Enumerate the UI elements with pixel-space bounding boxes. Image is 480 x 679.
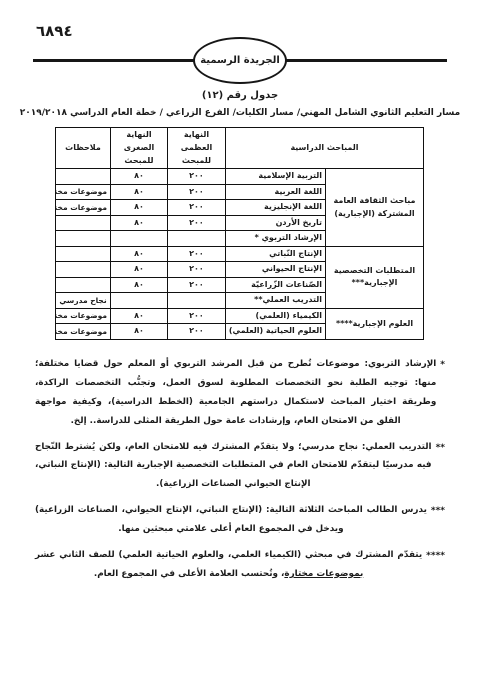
- min-cell: [110, 231, 167, 247]
- subject-cell: التربية الإسلامية: [225, 169, 325, 185]
- table-number-caption: جدول رقم (١٢): [0, 90, 480, 101]
- subject-cell: تاريخ الأردن: [225, 215, 325, 231]
- table-body: مباحث الثقافة العامة المشتركة (الإجبارية…: [55, 169, 423, 340]
- min-cell: ٨٠: [110, 169, 167, 185]
- subject-cell: الإنتاج الحيواني: [225, 262, 325, 278]
- study-plan-subtitle: مسار التعليم الثانوي الشامل المهني/ مسار…: [0, 108, 480, 118]
- min-cell: ٨٠: [110, 262, 167, 278]
- footnote: **التدريب العملي: نجاح مدرسي؛ ولا يتقدّم…: [35, 438, 445, 495]
- header-max-score: النهاية العظمى للمبحث: [167, 128, 225, 169]
- footnote-text: التدريب العملي: نجاح مدرسي؛ ولا يتقدّم ا…: [35, 438, 432, 495]
- min-cell: ٨٠: [110, 215, 167, 231]
- footnote-underlined-phrase: بموضوعات مختارة: [284, 569, 363, 579]
- min-cell: ٨٠: [110, 324, 167, 340]
- footnote-marker: **: [436, 438, 445, 495]
- subject-group-cell: مباحث الثقافة العامة المشتركة (الإجبارية…: [326, 169, 424, 247]
- max-cell: ٢٠٠: [167, 246, 225, 262]
- subject-cell: الكيمياء (العلمي): [225, 308, 325, 324]
- footnote-marker: ****: [426, 546, 445, 584]
- header-min-score: النهاية الصغرى للمبحث: [110, 128, 167, 169]
- subject-cell: الصّناعات الزّراعيّة: [225, 277, 325, 293]
- subject-cell: اللغة العربية: [225, 184, 325, 200]
- footnotes-section: *الإرشاد التربوي: موضوعات تُطرح من قبل ا…: [35, 355, 445, 584]
- notes-cell: [55, 169, 110, 185]
- min-cell: [110, 293, 167, 309]
- max-cell: ٢٠٠: [167, 262, 225, 278]
- max-cell: ٢٠٠: [167, 215, 225, 231]
- min-cell: ٨٠: [110, 277, 167, 293]
- footnote: ***يدرس الطالب المباحث الثلاثة التالية: …: [35, 501, 445, 539]
- gazette-title-seal: الجريدة الرسمية: [193, 37, 287, 84]
- subject-group-cell: العلوم الإجبارية****: [326, 308, 424, 339]
- min-cell: ٨٠: [110, 308, 167, 324]
- max-cell: ٢٠٠: [167, 200, 225, 216]
- subject-cell: الإرشاد التربوي *: [225, 231, 325, 247]
- max-cell: ٢٠٠: [167, 184, 225, 200]
- footnote-phrase: ، وتُحتسب العلامة الأعلى في المجموع العا…: [94, 569, 285, 579]
- min-cell: ٨٠: [110, 184, 167, 200]
- max-cell: ٢٠٠: [167, 277, 225, 293]
- table-header-row: المباحث الدراسية النهاية العظمى للمبحث ا…: [55, 128, 423, 169]
- header-notes: ملاحظات: [55, 128, 110, 169]
- min-cell: ٨٠: [110, 246, 167, 262]
- subject-cell: اللغة الإنجليزية: [225, 200, 325, 216]
- footnote-phrase: يتقدّم المشترك في مبحثي (الكيمياء العلمي…: [35, 550, 422, 560]
- footnote: *الإرشاد التربوي: موضوعات تُطرح من قبل ا…: [35, 355, 445, 431]
- subject-cell: الإنتاج النّباتي: [225, 246, 325, 262]
- notes-cell: موضوعات مختارة: [55, 184, 110, 200]
- notes-cell: [55, 246, 110, 262]
- notes-cell: موضوعات مختارة: [55, 200, 110, 216]
- notes-cell: نجاح مدرسي: [55, 293, 110, 309]
- subject-cell: التدريب العملي**: [225, 293, 325, 309]
- max-cell: ٢٠٠: [167, 169, 225, 185]
- footnote: ****يتقدّم المشترك في مبحثي (الكيمياء ال…: [35, 546, 445, 584]
- footnote-text: يدرس الطالب المباحث الثلاثة التالية: (ال…: [35, 501, 427, 539]
- table-row: مباحث الثقافة العامة المشتركة (الإجبارية…: [55, 169, 423, 185]
- min-cell: ٨٠: [110, 200, 167, 216]
- footnote-phrase: التدريب العملي: نجاح مدرسي؛ ولا يتقدّم ا…: [35, 442, 432, 490]
- table-row: المتطلبات التخصصية الإجبارية***الإنتاج ا…: [55, 246, 423, 262]
- footnote-marker: *: [440, 355, 445, 431]
- notes-cell: [55, 262, 110, 278]
- subjects-table: المباحث الدراسية النهاية العظمى للمبحث ا…: [55, 127, 424, 340]
- max-cell: [167, 293, 225, 309]
- masthead: ٦٨٩٤ الجريدة الرسمية: [0, 0, 480, 86]
- official-gazette-page: ٦٨٩٤ الجريدة الرسمية جدول رقم (١٢) مسار …: [0, 0, 480, 679]
- max-cell: ٢٠٠: [167, 308, 225, 324]
- max-cell: ٢٠٠: [167, 324, 225, 340]
- max-cell: [167, 231, 225, 247]
- subject-group-cell: المتطلبات التخصصية الإجبارية***: [326, 246, 424, 308]
- gazette-page-number: ٦٨٩٤: [36, 22, 73, 40]
- subjects-table-wrapper: المباحث الدراسية النهاية العظمى للمبحث ا…: [56, 127, 424, 340]
- footnote-phrase: الإرشاد التربوي: موضوعات تُطرح من قبل ال…: [35, 359, 436, 426]
- notes-cell: موضوعات مختارة: [55, 324, 110, 340]
- subject-cell: العلوم الحياتية (العلمي): [225, 324, 325, 340]
- header-subjects: المباحث الدراسية: [225, 128, 423, 169]
- notes-cell: [55, 277, 110, 293]
- footnote-text: يتقدّم المشترك في مبحثي (الكيمياء العلمي…: [35, 546, 422, 584]
- gazette-title: الجريدة الرسمية: [200, 55, 280, 66]
- footnote-text: الإرشاد التربوي: موضوعات تُطرح من قبل ال…: [35, 355, 436, 431]
- table-row: العلوم الإجبارية****الكيمياء (العلمي)٢٠٠…: [55, 308, 423, 324]
- footnote-marker: ***: [431, 501, 445, 539]
- notes-cell: موضوعات مختارة: [55, 308, 110, 324]
- footnote-phrase: يدرس الطالب المباحث الثلاثة التالية: (ال…: [35, 505, 427, 534]
- notes-cell: [55, 231, 110, 247]
- notes-cell: [55, 215, 110, 231]
